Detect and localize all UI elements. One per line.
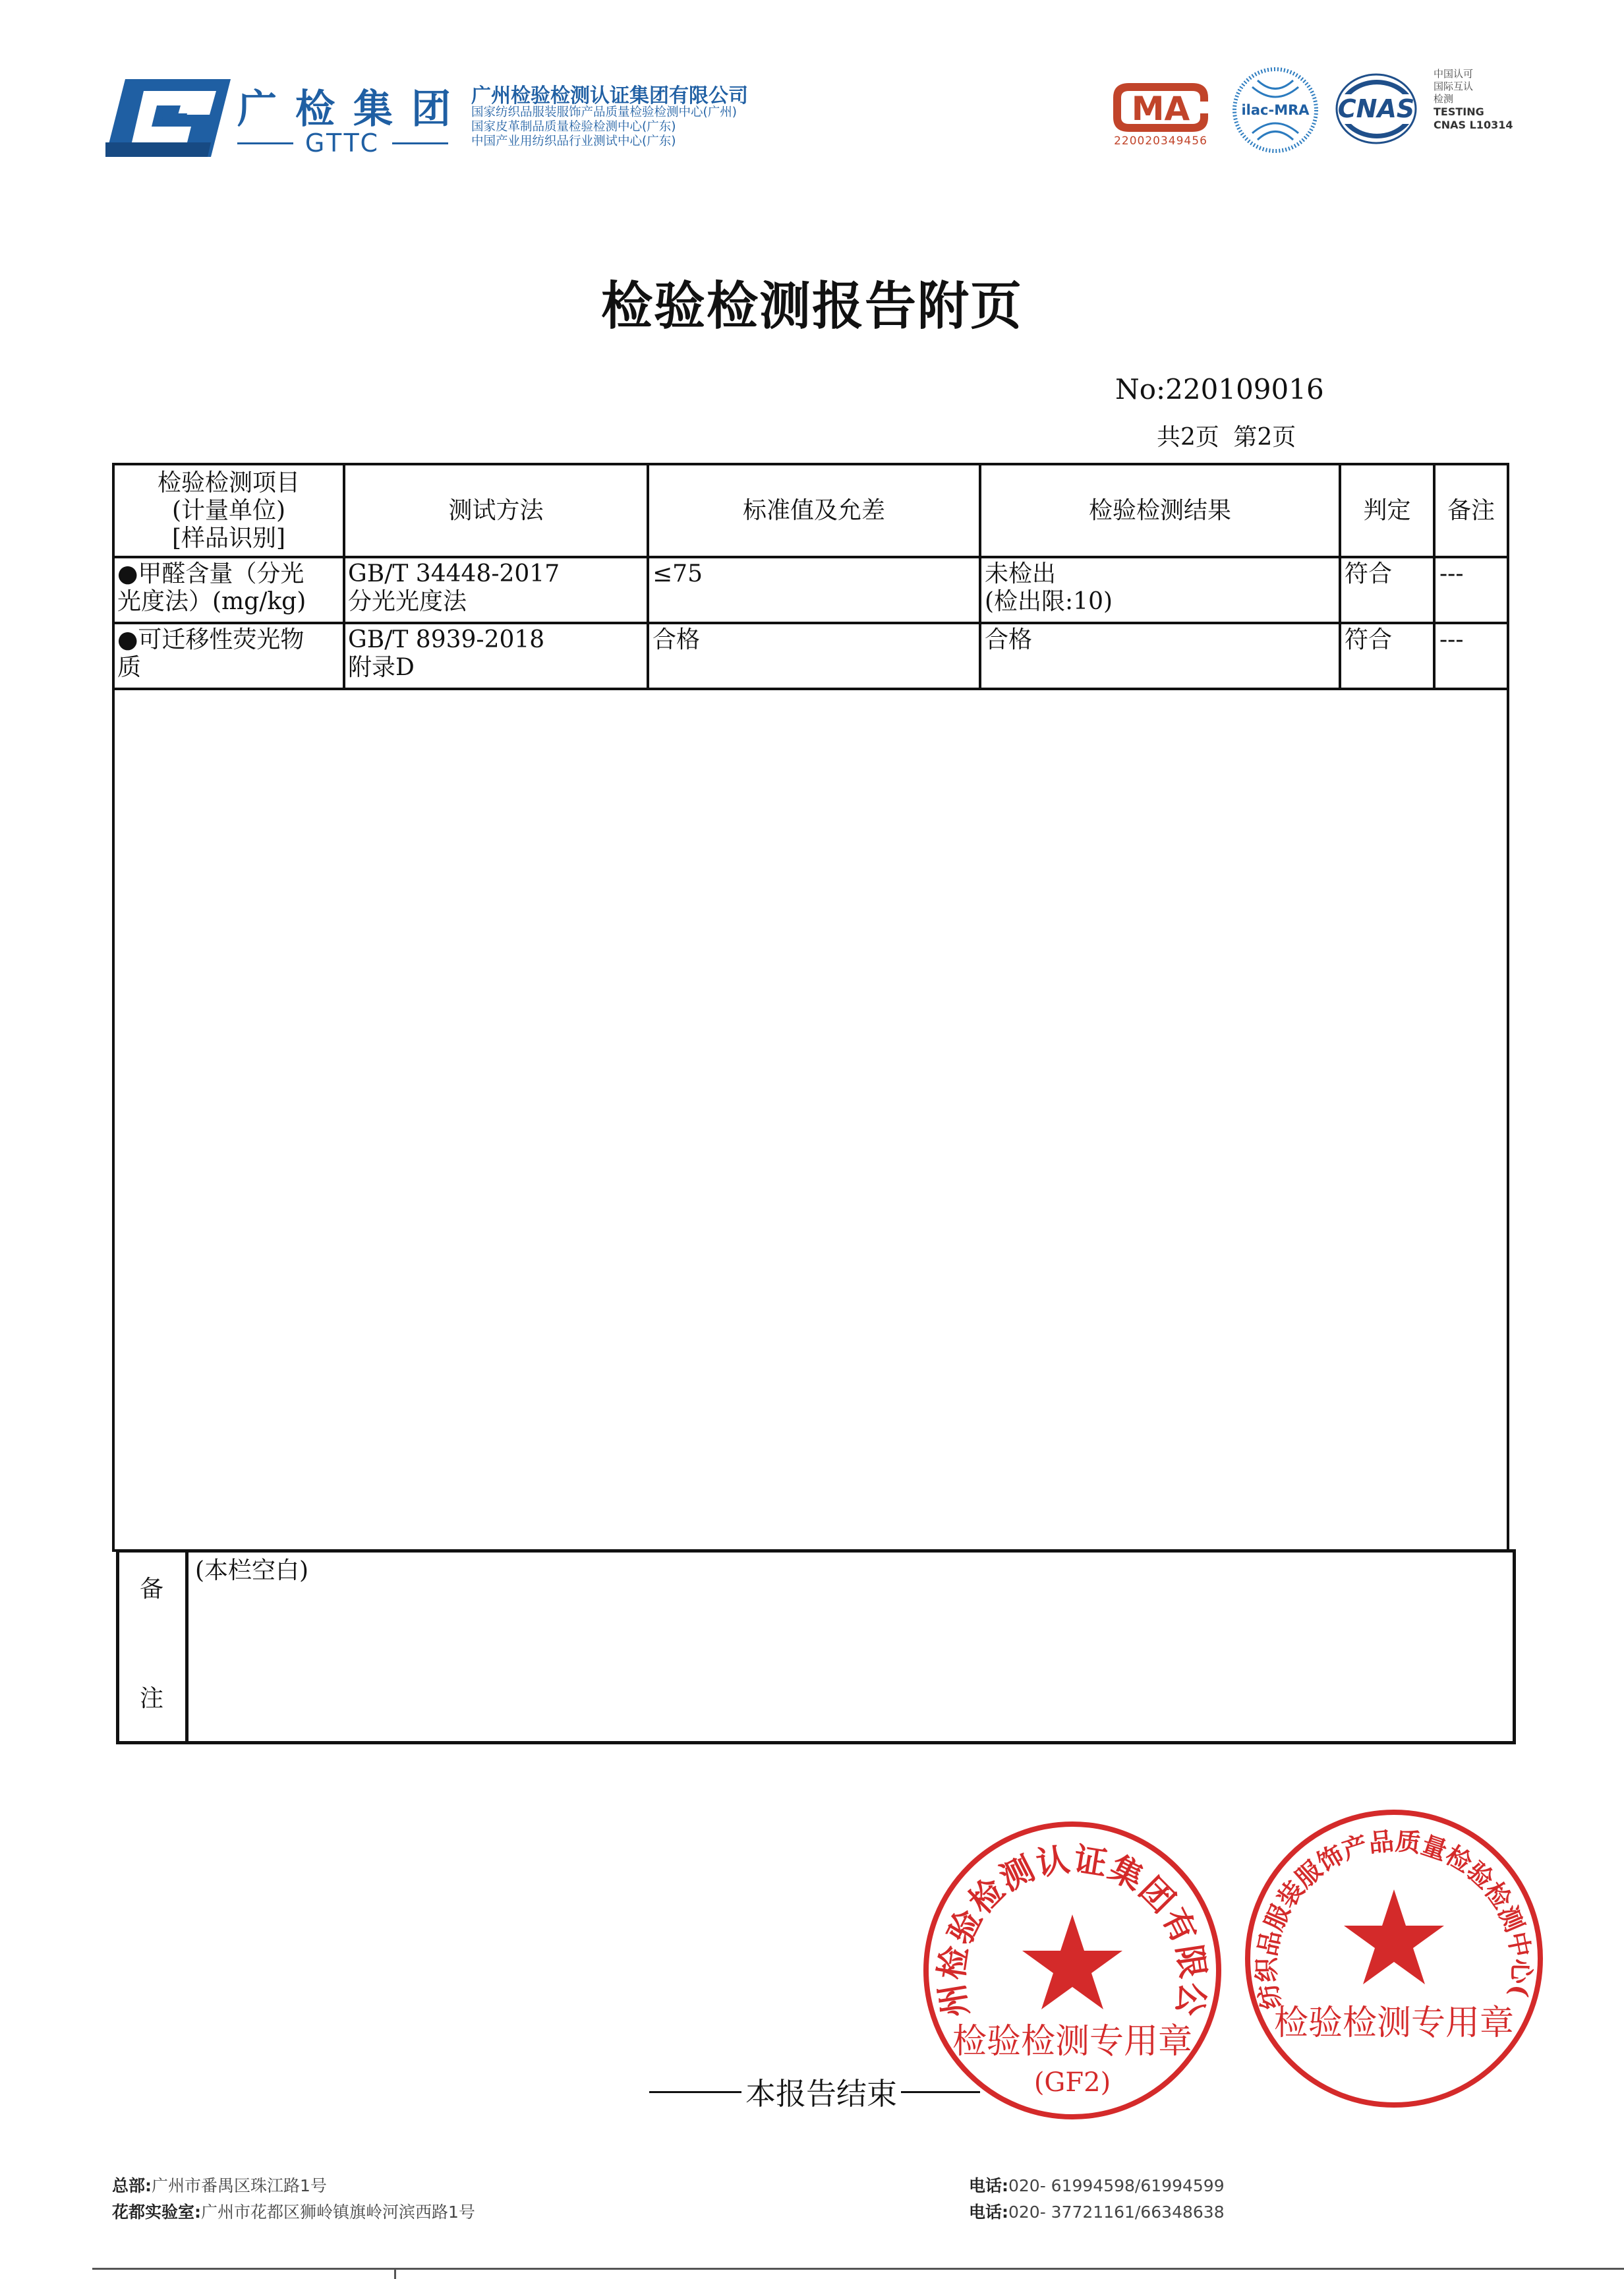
divider — [112, 556, 1509, 558]
svg-text:国家纺织品服装服饰产品质量检验检测中心(广州): 国家纺织品服装服饰产品质量检验检测中心(广州) — [1239, 1804, 1536, 2012]
organization-sub-3: 中国产业用纺织品行业测试中心(广东) — [471, 134, 676, 149]
table-row-2-item: ●可迁移性荧光物 质 — [117, 626, 343, 682]
table-row-1-result: 未检出 (检出限:10) — [985, 560, 1334, 616]
accreditation-text: 中国认可 国际互认 检测 TESTING CNAS L10314 — [1434, 68, 1513, 132]
star-icon — [1022, 1914, 1122, 2009]
official-seal-2: 国家纺织品服装服饰产品质量检验检测中心(广州) 检验检测专用章 — [1239, 1804, 1549, 2114]
table-row-2-standard: 合格 — [652, 626, 975, 654]
gttc-logo-icon — [105, 79, 231, 157]
organization-sub-2: 国家皮革制品质量检验检测中心(广东) — [471, 120, 676, 134]
page-title: 检验检测报告附页 — [0, 265, 1624, 339]
divider — [237, 142, 293, 144]
organization-sub-1: 国家纺织品服装服饰产品质量检验检测中心(广州) — [471, 105, 737, 120]
footer-lab-address: 花都实验室:广州市花都区狮岭镇旗岭河滨西路1号 — [112, 2199, 475, 2223]
page-indicator: 共2页 第2页 — [1157, 419, 1296, 452]
organization-name: 广州检验检测认证集团有限公司 — [471, 79, 748, 108]
header-standard: 标准值及允差 — [649, 465, 979, 556]
remarks-label-top: 备 — [140, 1576, 163, 1603]
table-row-1-remark: --- — [1439, 560, 1505, 588]
divider — [185, 1551, 188, 1743]
report-number: No:220109016 — [1115, 373, 1324, 405]
cma-number: 220020349456 — [1111, 134, 1211, 148]
cma-mark-icon: MA — [1111, 78, 1211, 137]
star-icon — [1344, 1889, 1444, 1984]
table-row-1-judgement: 符合 — [1345, 560, 1430, 588]
svg-text:ilac-MRA: ilac-MRA — [1241, 102, 1310, 118]
footer-divider-tick — [394, 2268, 396, 2279]
header-judgement: 判定 — [1341, 465, 1433, 556]
svg-text:检验检测专用章: 检验检测专用章 — [1274, 2003, 1514, 2043]
svg-text:检验检测专用章: 检验检测专用章 — [952, 2022, 1192, 2061]
footer-hq-phone: 电话:020- 61994598/61994599 — [969, 2173, 1225, 2197]
divider — [649, 2091, 741, 2093]
svg-text:CNAS: CNAS — [1338, 94, 1414, 123]
table-row-2-remark: --- — [1439, 626, 1505, 654]
official-seal-1: 广州检验检测认证集团有限公司 检验检测专用章 (GF2) — [917, 1816, 1227, 2125]
header-item: 检验检测项目 (计量单位) [样品识别] — [115, 465, 343, 556]
header-result: 检验检测结果 — [981, 465, 1339, 556]
divider — [112, 688, 1509, 690]
remarks-text: (本栏空白) — [195, 1557, 308, 1585]
table-row-2-judgement: 符合 — [1345, 626, 1430, 654]
header-remark: 备注 — [1435, 465, 1507, 556]
divider — [392, 142, 448, 144]
svg-text:MA: MA — [1132, 90, 1190, 128]
divider — [112, 622, 1509, 624]
table-row-1-standard: ≤75 — [652, 560, 975, 588]
table-row-2-result: 合格 — [985, 626, 1334, 654]
cnas-mark-icon: CNAS — [1330, 71, 1422, 147]
footer-lab-phone: 电话:020- 37721161/66348638 — [969, 2199, 1225, 2223]
header-method: 测试方法 — [345, 465, 647, 556]
remarks-box — [116, 1549, 1516, 1744]
remarks-label-bottom: 注 — [140, 1685, 163, 1713]
table-row-1-item: ●甲醛含量（分光 光度法）(mg/kg) — [117, 560, 343, 616]
table-row-1-method: GB/T 34448-2017 分光光度法 — [348, 560, 645, 616]
footer-hq-address: 总部:广州市番禺区珠江路1号 — [112, 2173, 327, 2197]
brand-name-en: GTTC — [237, 127, 448, 160]
table-row-2-method: GB/T 8939-2018 附录D — [348, 626, 645, 682]
ilac-mra-mark-icon: ilac-MRA — [1232, 67, 1318, 153]
footer-divider — [92, 2268, 1624, 2270]
svg-text:(GF2): (GF2) — [1034, 2067, 1111, 2098]
